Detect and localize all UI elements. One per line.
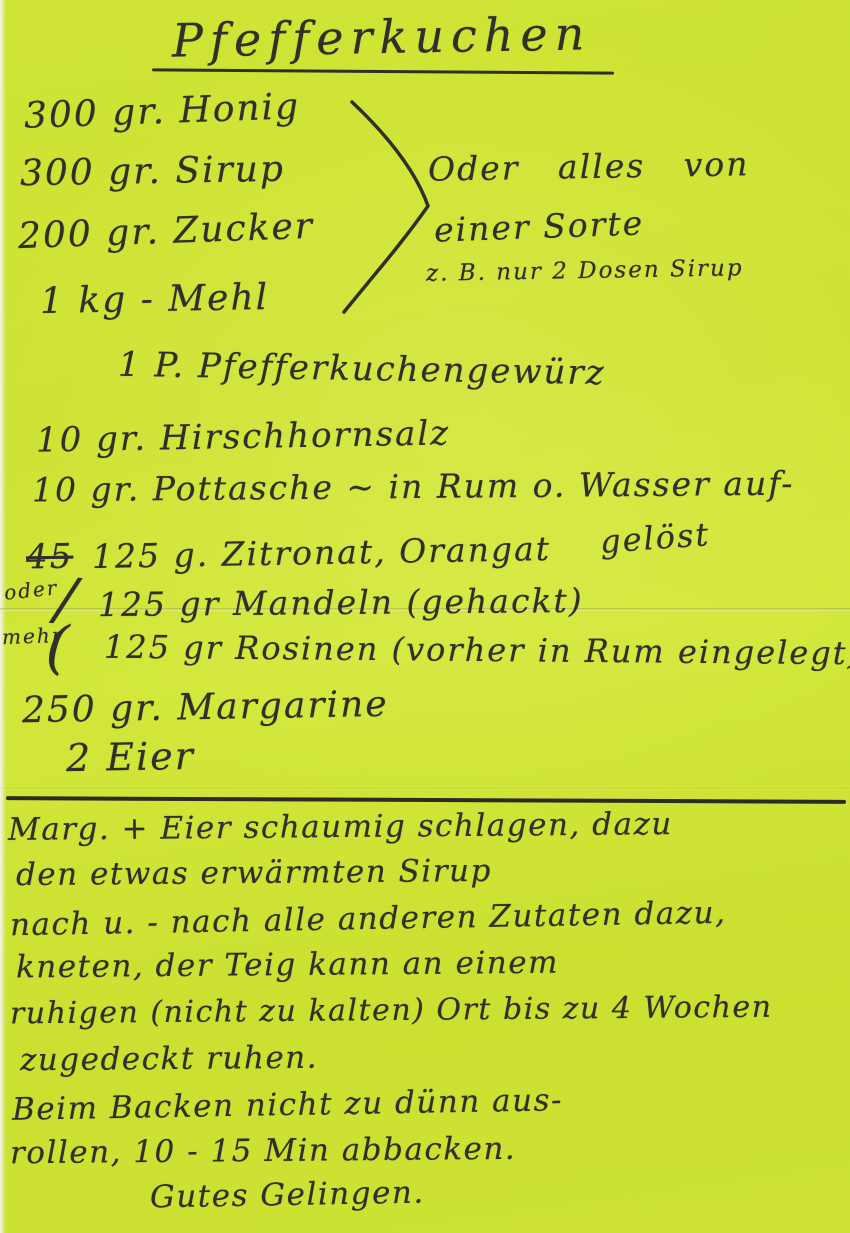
instruction-line-8: rollen, 10 - 15 Min abbacken. bbox=[10, 1134, 516, 1169]
ingredient-zitronat-orangat: 125 g. Zitronat, Orangat bbox=[92, 532, 551, 573]
pottasche-continuation: gelöst bbox=[599, 518, 711, 558]
ingredient-rosinen: 125 gr Rosinen (vorher in Rum eingelegt) bbox=[104, 631, 850, 670]
recipe-title: Pfefferkuchen bbox=[172, 10, 592, 63]
instruction-line-3: nach u. - nach alle anderen Zutaten dazu… bbox=[10, 898, 727, 941]
ingredient-zucker: 200 gr. Zucker bbox=[17, 209, 314, 255]
instruction-line-2: den etwas erwärmten Sirup bbox=[16, 856, 492, 891]
fold-crease-faint bbox=[0, 788, 850, 790]
scan-edge bbox=[0, 0, 6, 1233]
instruction-line-6: zugedeckt ruhen. bbox=[20, 1043, 318, 1077]
instruction-line-4: kneten, der Teig kann an einem bbox=[16, 948, 559, 984]
ingredient-mehl: 1 kg - Mehl bbox=[40, 280, 270, 320]
ingredient-mandeln: 125 gr Mandeln (gehackt) bbox=[98, 584, 584, 621]
brace-icon bbox=[338, 98, 438, 318]
section-divider-line bbox=[6, 796, 846, 804]
title-underline bbox=[152, 68, 614, 74]
instruction-line-9: Gutes Gelingen. bbox=[150, 1178, 425, 1214]
ingredient-honig: 300 gr. Honig bbox=[23, 89, 300, 135]
instruction-line-7: Beim Backen nicht zu dünn aus- bbox=[12, 1085, 563, 1126]
brace-note-line-3: z. B. nur 2 Dosen Sirup bbox=[426, 257, 744, 286]
ingredient-hirschhornsalz: 10 gr. Hirschhornsalz bbox=[36, 416, 451, 457]
ingredient-pottasche: 10 gr. Pottasche ~ in Rum o. Wasser auf- bbox=[32, 467, 795, 507]
brace-note-line-2: einer Sorte bbox=[433, 206, 644, 246]
brace-note-line-1: Oder alles von bbox=[428, 147, 750, 186]
recipe-note: Pfefferkuchen 300 gr. Honig 300 gr. Siru… bbox=[0, 0, 850, 1233]
ingredient-gewuerz: 1 P. Pfefferkuchengewürz bbox=[118, 348, 606, 391]
instruction-line-1: Marg. + Eier schaumig schlagen, dazu bbox=[8, 809, 673, 846]
instruction-line-5: ruhigen (nicht zu kalten) Ort bis zu 4 W… bbox=[10, 993, 773, 1030]
ingredient-margarine: 250 gr. Margarine bbox=[22, 687, 389, 729]
ingredient-eier: 2 Eier bbox=[66, 737, 195, 777]
margin-note-oder: oder bbox=[3, 577, 59, 603]
alternative-paren-mark: ( bbox=[44, 617, 72, 676]
ingredient-sirup: 300 gr. Sirup bbox=[20, 152, 286, 193]
